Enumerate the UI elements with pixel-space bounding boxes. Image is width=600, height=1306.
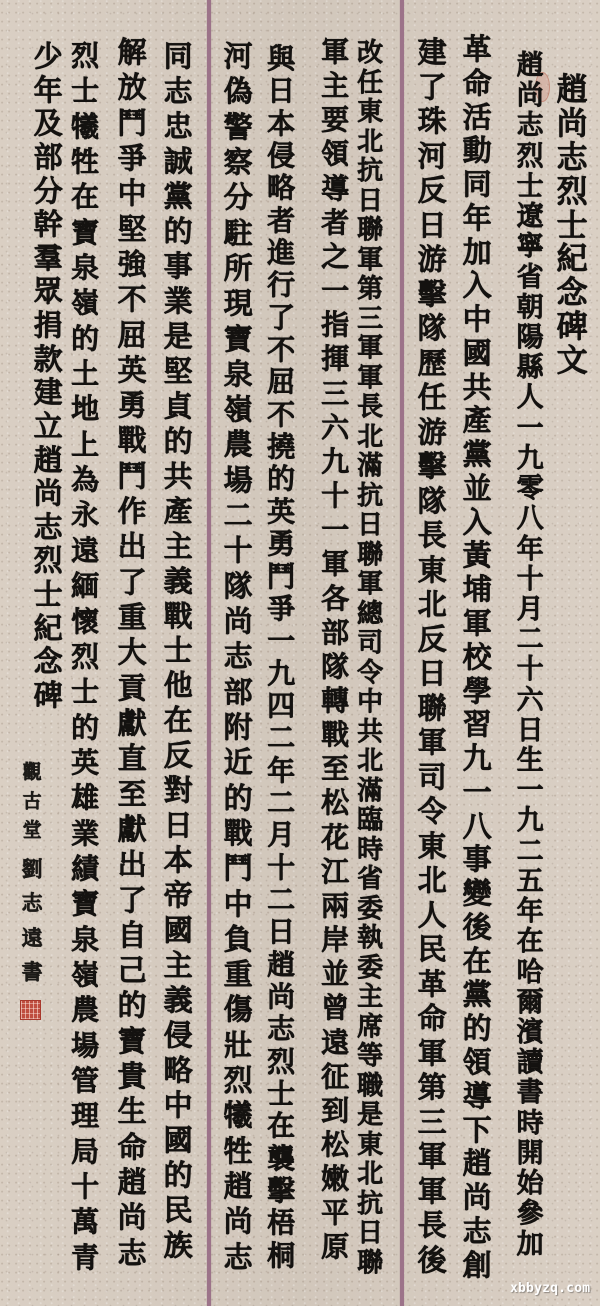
calligraphy-glyph: 開 bbox=[517, 1140, 544, 1167]
calligraphy-glyph: 義 bbox=[163, 986, 192, 1015]
calligraphy-glyph: 改 bbox=[357, 40, 383, 66]
calligraphy-glyph: 烈 bbox=[517, 143, 544, 170]
text-column-6: 與日本侵略者進行了不屈不撓的英勇鬥爭一九四二年二月十二日趙尚志烈士在襲擊梧桐 bbox=[261, 45, 301, 1270]
calligraphy-glyph: 產 bbox=[163, 497, 192, 526]
calligraphy-glyph: 尚 bbox=[117, 1203, 146, 1232]
calligraphy-glyph: 三 bbox=[357, 306, 383, 332]
calligraphy-glyph: 省 bbox=[357, 866, 383, 892]
calligraphy-glyph: 聯 bbox=[357, 542, 383, 568]
calligraphy-glyph: 四 bbox=[267, 692, 295, 720]
calligraphy-glyph: 是 bbox=[357, 1102, 383, 1128]
calligraphy-glyph: 指 bbox=[321, 311, 349, 339]
calligraphy-glyph: 五 bbox=[517, 868, 544, 895]
calligraphy-glyph: 察 bbox=[223, 148, 252, 177]
calligraphy-glyph: 民 bbox=[417, 935, 446, 964]
calligraphy-glyph: 的 bbox=[462, 1014, 491, 1043]
calligraphy-glyph: 領 bbox=[321, 140, 349, 168]
calligraphy-glyph: 古 bbox=[22, 792, 41, 811]
calligraphy-glyph: 英 bbox=[267, 498, 295, 526]
calligraphy-glyph: 爭 bbox=[267, 595, 295, 623]
calligraphy-glyph: 後 bbox=[417, 1246, 446, 1275]
calligraphy-glyph: 的 bbox=[267, 465, 295, 493]
calligraphy-glyph: 軍 bbox=[417, 1039, 446, 1068]
calligraphy-glyph: 他 bbox=[163, 671, 192, 700]
calligraphy-glyph: 活 bbox=[462, 103, 491, 132]
calligraphy-glyph: 零 bbox=[517, 475, 544, 502]
calligraphy-glyph: 地 bbox=[71, 395, 99, 423]
calligraphy-glyph: 長 bbox=[417, 521, 446, 550]
calligraphy-glyph: 嶺 bbox=[71, 961, 99, 989]
calligraphy-glyph: 駐 bbox=[223, 219, 252, 248]
calligraphy-glyph: 紀 bbox=[557, 244, 588, 275]
calligraphy-glyph: 席 bbox=[357, 1014, 383, 1040]
calligraphy-glyph: 尚 bbox=[462, 1183, 491, 1212]
calligraphy-glyph: 本 bbox=[267, 110, 295, 138]
calligraphy-glyph: 始 bbox=[517, 1170, 544, 1197]
calligraphy-glyph: 九 bbox=[462, 744, 491, 773]
calligraphy-glyph: 烈 bbox=[71, 42, 99, 70]
calligraphy-glyph: 志 bbox=[22, 892, 43, 913]
calligraphy-glyph: 立 bbox=[33, 412, 62, 441]
calligraphy-glyph: 一 bbox=[321, 277, 349, 305]
calligraphy-glyph: 東 bbox=[417, 556, 446, 585]
calligraphy-glyph: 月 bbox=[517, 596, 544, 623]
calligraphy-glyph: 六 bbox=[321, 414, 349, 442]
calligraphy-glyph: 臨 bbox=[357, 807, 383, 833]
calligraphy-glyph: 牲 bbox=[71, 148, 99, 176]
calligraphy-glyph: 游 bbox=[417, 245, 446, 274]
calligraphy-glyph: 主 bbox=[321, 72, 349, 100]
calligraphy-glyph: 場 bbox=[223, 466, 252, 495]
calligraphy-glyph: 念 bbox=[557, 278, 588, 309]
calligraphy-glyph: 八 bbox=[517, 505, 544, 532]
calligraphy-glyph: 上 bbox=[71, 431, 99, 459]
calligraphy-glyph: 十 bbox=[223, 536, 252, 565]
calligraphy-glyph: 隊 bbox=[223, 572, 252, 601]
artist-seal-icon bbox=[20, 1000, 41, 1020]
text-column-1: 趙尚志烈士遼寧省朝陽縣人一九零八年十月二十六日生一九二五年在哈爾濱讀書時開始參加 bbox=[510, 52, 550, 1258]
calligraphy-glyph: 志 bbox=[517, 112, 544, 139]
calligraphy-glyph: 加 bbox=[462, 238, 491, 267]
calligraphy-glyph: 中 bbox=[117, 179, 146, 208]
calligraphy-glyph: 戰 bbox=[321, 721, 349, 749]
calligraphy-glyph: 各 bbox=[321, 585, 349, 613]
calligraphy-glyph: 江 bbox=[321, 858, 349, 886]
calligraphy-glyph: 六 bbox=[517, 687, 544, 714]
calligraphy-glyph: 在 bbox=[267, 1112, 295, 1140]
calligraphy-glyph: 九 bbox=[267, 660, 295, 688]
calligraphy-glyph: 英 bbox=[117, 356, 146, 385]
calligraphy-glyph: 國 bbox=[163, 1126, 192, 1155]
calligraphy-glyph: 貞 bbox=[163, 392, 192, 421]
calligraphy-glyph: 義 bbox=[163, 567, 192, 596]
calligraphy-glyph: 並 bbox=[321, 960, 349, 988]
calligraphy-glyph: 擊 bbox=[417, 280, 446, 309]
calligraphy-glyph: 抗 bbox=[357, 483, 383, 509]
calligraphy-glyph: 忠 bbox=[163, 112, 192, 141]
calligraphy-glyph: 勇 bbox=[117, 391, 146, 420]
calligraphy-glyph: 不 bbox=[117, 285, 146, 314]
calligraphy-glyph: 陽 bbox=[517, 324, 544, 351]
calligraphy-glyph: 者 bbox=[267, 207, 295, 235]
calligraphy-glyph: 爾 bbox=[517, 989, 544, 1016]
calligraphy-glyph: 幹 bbox=[33, 210, 62, 239]
calligraphy-glyph: 志 bbox=[462, 1217, 491, 1246]
calligraphy-glyph: 軍 bbox=[417, 1177, 446, 1206]
calligraphy-glyph: 委 bbox=[357, 896, 383, 922]
calligraphy-glyph: 人 bbox=[417, 901, 446, 930]
calligraphy-glyph: 管 bbox=[71, 1067, 99, 1095]
calligraphy-glyph: 隊 bbox=[417, 487, 446, 516]
calligraphy-glyph: 東 bbox=[357, 99, 383, 125]
calligraphy-glyph: 北 bbox=[417, 590, 446, 619]
calligraphy-glyph: 碑 bbox=[557, 312, 588, 343]
calligraphy-glyph: 屈 bbox=[267, 368, 295, 396]
calligraphy-glyph: 士 bbox=[33, 580, 62, 609]
calligraphy-glyph: 隊 bbox=[321, 653, 349, 681]
text-column-10: 烈士犧牲在寶泉嶺的土地上為永遠緬懷烈士的英雄業績寶泉嶺農場管理局十萬青 bbox=[65, 42, 105, 1272]
calligraphy-glyph: 年 bbox=[517, 536, 544, 563]
calligraphy-glyph: 侵 bbox=[267, 142, 295, 170]
calligraphy-glyph: 黨 bbox=[462, 440, 491, 469]
calligraphy-glyph: 共 bbox=[357, 719, 383, 745]
calligraphy-glyph: 的 bbox=[71, 325, 99, 353]
calligraphy-glyph: 軍 bbox=[357, 365, 383, 391]
calligraphy-glyph: 趙 bbox=[267, 951, 295, 979]
calligraphy-glyph: 寶 bbox=[117, 1027, 146, 1056]
calligraphy-glyph: 誠 bbox=[163, 147, 192, 176]
calligraphy-glyph: 寧 bbox=[517, 233, 544, 260]
calligraphy-glyph: 國 bbox=[462, 339, 491, 368]
calligraphy-glyph: 東 bbox=[417, 832, 446, 861]
calligraphy-glyph: 烈 bbox=[267, 1048, 295, 1076]
calligraphy-glyph: 至 bbox=[321, 755, 349, 783]
calligraphy-glyph: 土 bbox=[71, 360, 99, 388]
calligraphy-glyph: 書 bbox=[517, 1079, 544, 1106]
calligraphy-glyph: 部 bbox=[321, 619, 349, 647]
calligraphy-glyph: 任 bbox=[417, 383, 446, 412]
signature-artist: 劉志遠書 bbox=[12, 858, 52, 982]
calligraphy-glyph: 擊 bbox=[417, 452, 446, 481]
calligraphy-glyph: 建 bbox=[33, 378, 62, 407]
calligraphy-glyph: 學 bbox=[462, 677, 491, 706]
calligraphy-glyph: 與 bbox=[267, 45, 295, 73]
calligraphy-scroll: 趙尚志烈士紀念碑文 趙尚志烈士遼寧省朝陽縣人一九零八年十月二十六日生一九二五年在… bbox=[0, 0, 600, 1306]
calligraphy-glyph: 革 bbox=[462, 35, 491, 64]
calligraphy-glyph: 河 bbox=[223, 42, 252, 71]
calligraphy-glyph: 執 bbox=[357, 925, 383, 951]
calligraphy-glyph: 士 bbox=[163, 636, 192, 665]
calligraphy-glyph: 革 bbox=[417, 970, 446, 999]
calligraphy-glyph: 獻 bbox=[117, 709, 146, 738]
calligraphy-glyph: 尚 bbox=[33, 479, 62, 508]
calligraphy-glyph: 國 bbox=[163, 916, 192, 945]
calligraphy-glyph: 二 bbox=[517, 626, 544, 653]
calligraphy-glyph: 撓 bbox=[267, 433, 295, 461]
calligraphy-glyph: 場 bbox=[71, 1032, 99, 1060]
calligraphy-glyph: 警 bbox=[223, 113, 252, 142]
calligraphy-glyph: 烈 bbox=[71, 643, 99, 671]
calligraphy-glyph: 重 bbox=[117, 603, 146, 632]
calligraphy-glyph: 北 bbox=[357, 1161, 383, 1187]
calligraphy-glyph: 的 bbox=[117, 991, 146, 1020]
calligraphy-glyph: 傷 bbox=[223, 995, 252, 1024]
calligraphy-glyph: 志 bbox=[33, 513, 62, 542]
calligraphy-glyph: 羣 bbox=[33, 244, 62, 273]
calligraphy-glyph: 在 bbox=[462, 947, 491, 976]
calligraphy-glyph: 部 bbox=[223, 678, 252, 707]
watermark: xbbyzq.com bbox=[510, 1281, 590, 1296]
calligraphy-glyph: 軍 bbox=[417, 1142, 446, 1171]
calligraphy-glyph: 堅 bbox=[163, 357, 192, 386]
calligraphy-glyph: 創 bbox=[462, 1251, 491, 1280]
calligraphy-glyph: 命 bbox=[117, 1133, 146, 1162]
calligraphy-glyph: 黨 bbox=[462, 980, 491, 1009]
calligraphy-glyph: 歷 bbox=[417, 349, 446, 378]
calligraphy-glyph: 款 bbox=[33, 345, 62, 374]
calligraphy-glyph: 河 bbox=[417, 142, 446, 171]
calligraphy-glyph: 岸 bbox=[321, 926, 349, 954]
calligraphy-glyph: 牲 bbox=[223, 1137, 252, 1166]
calligraphy-glyph: 之 bbox=[321, 243, 349, 271]
calligraphy-glyph: 二 bbox=[267, 724, 295, 752]
calligraphy-glyph: 懷 bbox=[71, 608, 99, 636]
calligraphy-glyph: 及 bbox=[33, 109, 62, 138]
text-column-9: 解放鬥爭中堅強不屈英勇戰鬥作出了重大貢獻直至獻出了自己的寶貴生命趙尚志 bbox=[112, 38, 152, 1268]
calligraphy-glyph: 士 bbox=[71, 77, 99, 105]
calligraphy-glyph: 鬥 bbox=[117, 462, 146, 491]
calligraphy-glyph: 農 bbox=[71, 996, 99, 1024]
calligraphy-glyph: 年 bbox=[462, 204, 491, 233]
calligraphy-glyph: 事 bbox=[163, 252, 192, 281]
calligraphy-glyph: 寶 bbox=[71, 890, 99, 918]
calligraphy-glyph: 二 bbox=[223, 501, 252, 530]
calligraphy-glyph: 十 bbox=[517, 656, 544, 683]
calligraphy-glyph: 三 bbox=[321, 380, 349, 408]
calligraphy-glyph: 十 bbox=[71, 1173, 99, 1201]
calligraphy-glyph: 下 bbox=[462, 1116, 491, 1145]
calligraphy-glyph: 的 bbox=[71, 714, 99, 742]
calligraphy-glyph: 分 bbox=[223, 183, 252, 212]
calligraphy-glyph: 勇 bbox=[267, 530, 295, 558]
calligraphy-glyph: 一 bbox=[517, 415, 544, 442]
calligraphy-glyph: 滿 bbox=[357, 453, 383, 479]
calligraphy-glyph: 自 bbox=[117, 921, 146, 950]
calligraphy-glyph: 近 bbox=[223, 748, 252, 777]
calligraphy-glyph: 一 bbox=[321, 516, 349, 544]
calligraphy-glyph: 軍 bbox=[321, 550, 349, 578]
calligraphy-glyph: 士 bbox=[517, 173, 544, 200]
calligraphy-glyph: 略 bbox=[267, 174, 295, 202]
calligraphy-glyph: 泉 bbox=[71, 254, 99, 282]
calligraphy-glyph: 志 bbox=[163, 77, 192, 106]
calligraphy-glyph: 寶 bbox=[223, 325, 252, 354]
calligraphy-glyph: 三 bbox=[417, 1108, 446, 1137]
calligraphy-glyph: 嶺 bbox=[71, 289, 99, 317]
calligraphy-glyph: 的 bbox=[163, 427, 192, 456]
calligraphy-glyph: 埔 bbox=[462, 575, 491, 604]
calligraphy-glyph: 一 bbox=[267, 627, 295, 655]
calligraphy-glyph: 令 bbox=[417, 797, 446, 826]
calligraphy-glyph: 入 bbox=[462, 508, 491, 537]
calligraphy-glyph: 趙 bbox=[557, 75, 588, 106]
calligraphy-glyph: 讀 bbox=[517, 1049, 544, 1076]
calligraphy-glyph: 共 bbox=[163, 462, 192, 491]
calligraphy-glyph: 軍 bbox=[357, 571, 383, 597]
text-column-3: 建了珠河反日游擊隊歷任游擊隊長東北反日聯軍司令東北人民革命軍第三軍軍長後 bbox=[412, 38, 452, 1275]
calligraphy-glyph: 大 bbox=[117, 638, 146, 667]
calligraphy-glyph: 碑 bbox=[33, 681, 62, 710]
calligraphy-glyph: 生 bbox=[517, 747, 544, 774]
calligraphy-glyph: 共 bbox=[462, 373, 491, 402]
calligraphy-glyph: 領 bbox=[462, 1048, 491, 1077]
calligraphy-glyph: 入 bbox=[462, 271, 491, 300]
calligraphy-glyph: 長 bbox=[357, 394, 383, 420]
calligraphy-glyph: 出 bbox=[117, 532, 146, 561]
calligraphy-glyph: 了 bbox=[417, 73, 446, 102]
calligraphy-glyph: 北 bbox=[357, 748, 383, 774]
calligraphy-glyph: 原 bbox=[321, 1233, 349, 1261]
calligraphy-glyph: 二 bbox=[267, 789, 295, 817]
calligraphy-glyph: 日 bbox=[163, 811, 192, 840]
calligraphy-glyph: 己 bbox=[117, 956, 146, 985]
calligraphy-glyph: 至 bbox=[117, 780, 146, 809]
calligraphy-glyph: 動 bbox=[462, 136, 491, 165]
calligraphy-glyph: 戰 bbox=[117, 426, 146, 455]
calligraphy-glyph: 導 bbox=[462, 1082, 491, 1111]
calligraphy-glyph: 所 bbox=[223, 254, 252, 283]
calligraphy-glyph: 校 bbox=[462, 643, 491, 672]
calligraphy-glyph: 日 bbox=[517, 717, 544, 744]
calligraphy-glyph: 反 bbox=[417, 176, 446, 205]
calligraphy-glyph: 松 bbox=[321, 1131, 349, 1159]
calligraphy-glyph: 日 bbox=[357, 512, 383, 538]
calligraphy-glyph: 遠 bbox=[71, 537, 99, 565]
calligraphy-glyph: 偽 bbox=[223, 77, 252, 106]
calligraphy-glyph: 趙 bbox=[117, 1168, 146, 1197]
calligraphy-glyph: 月 bbox=[267, 821, 295, 849]
calligraphy-glyph: 堂 bbox=[22, 821, 41, 840]
calligraphy-glyph: 尚 bbox=[517, 82, 544, 109]
calligraphy-glyph: 附 bbox=[223, 713, 252, 742]
calligraphy-glyph: 業 bbox=[163, 287, 192, 316]
calligraphy-glyph: 東 bbox=[357, 1132, 383, 1158]
calligraphy-glyph: 轉 bbox=[321, 687, 349, 715]
calligraphy-glyph: 觀 bbox=[22, 763, 41, 782]
calligraphy-glyph: 揮 bbox=[321, 345, 349, 373]
calligraphy-glyph: 直 bbox=[117, 744, 146, 773]
calligraphy-glyph: 軍 bbox=[462, 609, 491, 638]
calligraphy-glyph: 主 bbox=[163, 951, 192, 980]
calligraphy-glyph: 梧 bbox=[267, 1209, 295, 1237]
calligraphy-glyph: 鬥 bbox=[267, 563, 295, 591]
calligraphy-glyph: 的 bbox=[163, 1161, 192, 1190]
calligraphy-glyph: 隊 bbox=[417, 314, 446, 343]
calligraphy-glyph: 尚 bbox=[223, 607, 252, 636]
calligraphy-glyph: 事 bbox=[462, 845, 491, 874]
calligraphy-glyph: 遠 bbox=[321, 1029, 349, 1057]
calligraphy-glyph: 要 bbox=[321, 106, 349, 134]
calligraphy-glyph: 出 bbox=[117, 850, 146, 879]
calligraphy-glyph: 北 bbox=[357, 129, 383, 155]
calligraphy-glyph: 中 bbox=[163, 1091, 192, 1120]
calligraphy-glyph: 捐 bbox=[33, 311, 62, 340]
calligraphy-glyph: 主 bbox=[357, 984, 383, 1010]
calligraphy-glyph: 反 bbox=[163, 741, 192, 770]
calligraphy-glyph: 對 bbox=[163, 776, 192, 805]
calligraphy-glyph: 第 bbox=[417, 1073, 446, 1102]
calligraphy-glyph: 同 bbox=[462, 170, 491, 199]
calligraphy-glyph: 現 bbox=[223, 289, 252, 318]
calligraphy-glyph: 二 bbox=[267, 886, 295, 914]
calligraphy-glyph: 黨 bbox=[163, 182, 192, 211]
calligraphy-glyph: 十 bbox=[517, 566, 544, 593]
calligraphy-glyph: 戰 bbox=[223, 819, 252, 848]
calligraphy-glyph: 朝 bbox=[517, 294, 544, 321]
calligraphy-glyph: 司 bbox=[417, 763, 446, 792]
calligraphy-glyph: 犧 bbox=[71, 113, 99, 141]
calligraphy-glyph: 略 bbox=[163, 1056, 192, 1085]
calligraphy-glyph: 作 bbox=[117, 497, 146, 526]
calligraphy-glyph: 烈 bbox=[557, 177, 588, 208]
calligraphy-glyph: 一 bbox=[462, 778, 491, 807]
calligraphy-glyph: 念 bbox=[33, 647, 62, 676]
calligraphy-glyph: 時 bbox=[517, 1110, 544, 1137]
calligraphy-glyph: 中 bbox=[223, 890, 252, 919]
calligraphy-glyph: 中 bbox=[462, 305, 491, 334]
calligraphy-glyph: 了 bbox=[267, 304, 295, 332]
calligraphy-glyph: 戰 bbox=[163, 602, 192, 631]
calligraphy-glyph: 為 bbox=[71, 466, 99, 494]
calligraphy-glyph: 年 bbox=[33, 76, 62, 105]
calligraphy-glyph: 省 bbox=[517, 264, 544, 291]
calligraphy-glyph: 變 bbox=[462, 879, 491, 908]
calligraphy-glyph: 分 bbox=[33, 177, 62, 206]
calligraphy-glyph: 永 bbox=[71, 501, 99, 529]
text-column-11: 少年及部分幹羣眾捐款建立趙尚志烈士紀念碑 bbox=[28, 42, 68, 710]
calligraphy-glyph: 命 bbox=[417, 1004, 446, 1033]
calligraphy-glyph: 任 bbox=[357, 70, 383, 96]
calligraphy-glyph: 趙 bbox=[223, 1172, 252, 1201]
calligraphy-glyph: 珠 bbox=[417, 107, 446, 136]
calligraphy-glyph: 緬 bbox=[71, 572, 99, 600]
calligraphy-glyph: 獻 bbox=[117, 815, 146, 844]
panel-divider-right bbox=[400, 0, 404, 1306]
calligraphy-glyph: 進 bbox=[267, 239, 295, 267]
calligraphy-glyph: 十 bbox=[321, 482, 349, 510]
calligraphy-glyph: 長 bbox=[417, 1211, 446, 1240]
calligraphy-glyph: 理 bbox=[71, 1102, 99, 1130]
calligraphy-glyph: 軍 bbox=[417, 728, 446, 757]
calligraphy-glyph: 聯 bbox=[357, 1250, 383, 1276]
calligraphy-glyph: 命 bbox=[462, 69, 491, 98]
calligraphy-glyph: 十 bbox=[267, 854, 295, 882]
calligraphy-glyph: 滿 bbox=[357, 778, 383, 804]
calligraphy-glyph: 第 bbox=[357, 276, 383, 302]
calligraphy-glyph: 局 bbox=[71, 1138, 99, 1166]
calligraphy-glyph: 松 bbox=[321, 789, 349, 817]
calligraphy-glyph: 嶺 bbox=[223, 395, 252, 424]
calligraphy-glyph: 泉 bbox=[71, 926, 99, 954]
calligraphy-glyph: 到 bbox=[321, 1097, 349, 1125]
calligraphy-glyph: 北 bbox=[357, 424, 383, 450]
calligraphy-glyph: 鬥 bbox=[117, 109, 146, 138]
calligraphy-glyph: 犧 bbox=[223, 1101, 252, 1130]
calligraphy-glyph: 寶 bbox=[71, 219, 99, 247]
calligraphy-glyph: 游 bbox=[417, 418, 446, 447]
calligraphy-glyph: 襲 bbox=[267, 1145, 295, 1173]
calligraphy-glyph: 重 bbox=[223, 960, 252, 989]
